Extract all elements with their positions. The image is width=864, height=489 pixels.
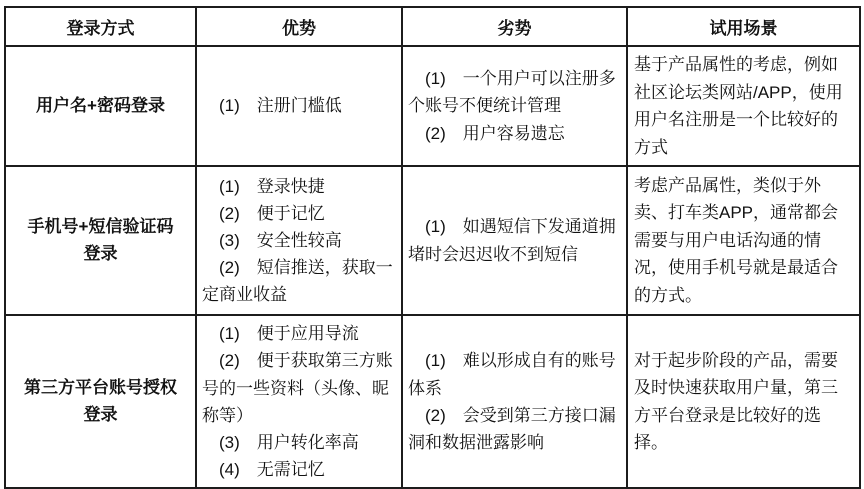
disadvantages-cell: (1) 一个用户可以注册多个账号不便统计管理 (2) 用户容易遗忘 xyxy=(402,46,627,166)
advantages-cell: (1) 便于应用导流 (2) 便于获取第三方账号的一些资料（头像、昵称等） (3… xyxy=(196,315,402,488)
scenario-text: 考虑产品属性，类似于外卖、打车类APP，通常都会需要与用户电话沟通的情况，使用手… xyxy=(634,172,853,310)
method-label: 用户名+密码登录 xyxy=(5,46,196,166)
disadvantage-item: (1) 一个用户可以注册多个账号不便统计管理 xyxy=(408,65,621,119)
scenario-text: 对于起步阶段的产品，需要及时快速获取用户量，第三方平台登录是比较好的选择。 xyxy=(634,347,853,457)
disadvantages-cell: (1) 难以形成自有的账号体系 (2) 会受到第三方接口漏洞和数据泄露影响 xyxy=(402,315,627,488)
advantage-item: (4) 无需记忆 xyxy=(202,456,396,483)
table-row-phone-sms: 手机号+短信验证码 登录 (1) 登录快捷 (2) 便于记忆 (3) 安全性较高… xyxy=(5,166,860,315)
advantages-cell: (1) 登录快捷 (2) 便于记忆 (3) 安全性较高 (2) 短信推送，获取一… xyxy=(196,166,402,315)
header-row: 登录方式 优势 劣势 试用场景 xyxy=(5,7,860,46)
scenario-cell: 对于起步阶段的产品，需要及时快速获取用户量，第三方平台登录是比较好的选择。 xyxy=(627,315,860,488)
col-header-login-method: 登录方式 xyxy=(5,7,196,46)
method-label: 第三方平台账号授权 登录 xyxy=(5,315,196,488)
col-header-use-scenario: 试用场景 xyxy=(627,7,860,46)
advantage-item: (1) 注册门槛低 xyxy=(202,92,396,119)
advantages-cell: (1) 注册门槛低 xyxy=(196,46,402,166)
disadvantage-item: (1) 如遇短信下发通道拥堵时会迟迟收不到短信 xyxy=(408,213,621,267)
advantage-item: (3) 用户转化率高 xyxy=(202,429,396,456)
disadvantage-item: (2) 会受到第三方接口漏洞和数据泄露影响 xyxy=(408,402,621,456)
method-label: 手机号+短信验证码 登录 xyxy=(5,166,196,315)
table-row-username-password: 用户名+密码登录 (1) 注册门槛低 (1) 一个用户可以注册多个账号不便统计管… xyxy=(5,46,860,166)
advantage-item: (2) 便于获取第三方账号的一些资料（头像、昵称等） xyxy=(202,347,396,429)
login-methods-comparison-table: 登录方式 优势 劣势 试用场景 用户名+密码登录 (1) 注册门槛低 (1) 一… xyxy=(4,6,861,489)
disadvantage-item: (1) 难以形成自有的账号体系 xyxy=(408,347,621,401)
scenario-cell: 基于产品属性的考虑，例如社区论坛类网站/APP，使用用户名注册是一个比较好的方式 xyxy=(627,46,860,166)
scenario-cell: 考虑产品属性，类似于外卖、打车类APP，通常都会需要与用户电话沟通的情况，使用手… xyxy=(627,166,860,315)
advantage-item: (1) 便于应用导流 xyxy=(202,320,396,347)
col-header-advantages: 优势 xyxy=(196,7,402,46)
disadvantage-item: (2) 用户容易遗忘 xyxy=(408,120,621,147)
scenario-text: 基于产品属性的考虑，例如社区论坛类网站/APP，使用用户名注册是一个比较好的方式 xyxy=(634,51,853,161)
advantage-item: (3) 安全性较高 xyxy=(202,227,396,254)
advantage-item: (2) 便于记忆 xyxy=(202,200,396,227)
advantage-item: (2) 短信推送，获取一定商业收益 xyxy=(202,254,396,308)
page: 登录方式 优势 劣势 试用场景 用户名+密码登录 (1) 注册门槛低 (1) 一… xyxy=(0,0,864,489)
disadvantages-cell: (1) 如遇短信下发通道拥堵时会迟迟收不到短信 xyxy=(402,166,627,315)
table-row-third-party: 第三方平台账号授权 登录 (1) 便于应用导流 (2) 便于获取第三方账号的一些… xyxy=(5,315,860,488)
advantage-item: (1) 登录快捷 xyxy=(202,173,396,200)
col-header-disadvantages: 劣势 xyxy=(402,7,627,46)
